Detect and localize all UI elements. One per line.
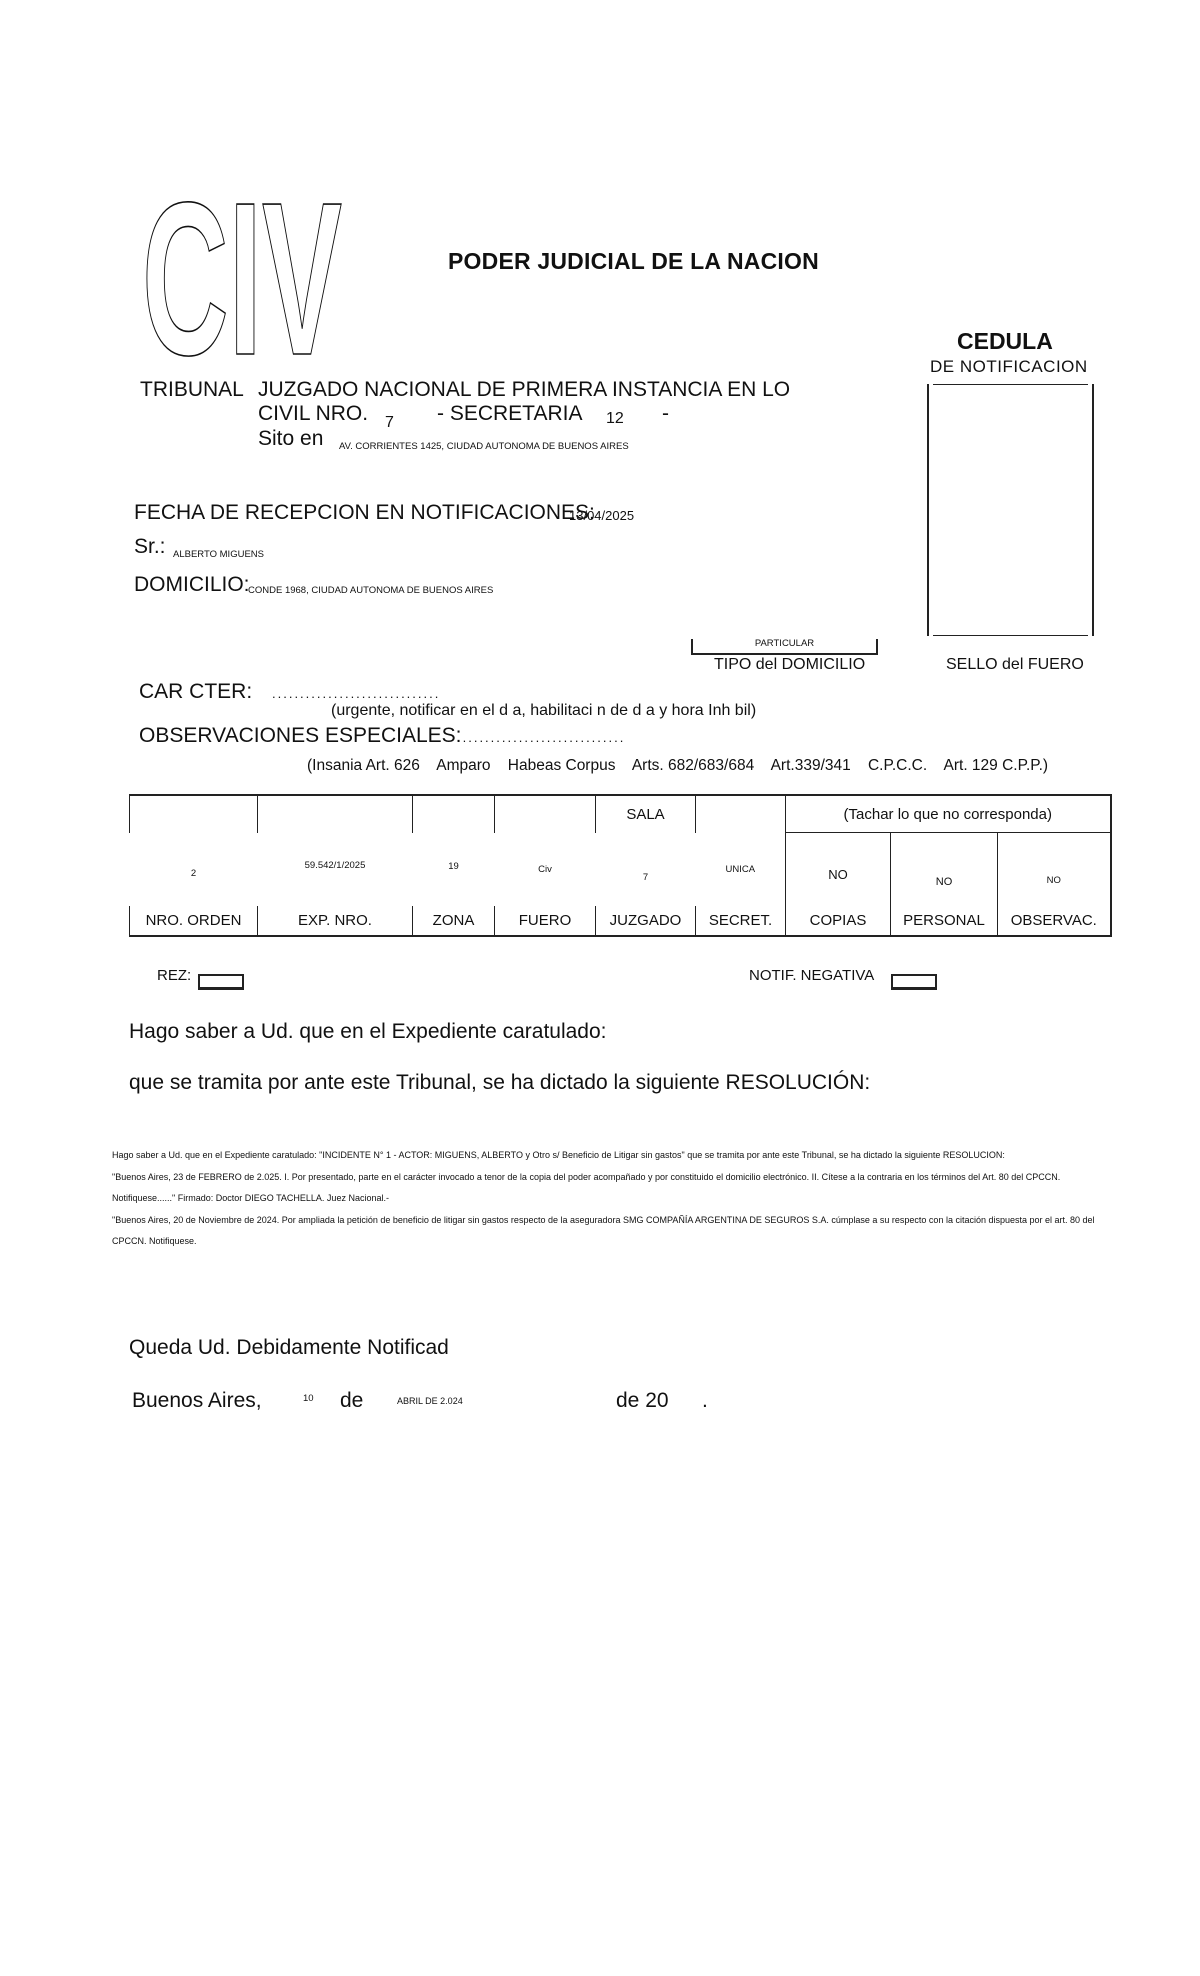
- footer-day: 10: [303, 1393, 314, 1404]
- domicilio-value: CONDE 1968, CIUDAD AUTONOMA DE BUENOS AI…: [248, 585, 493, 596]
- option-arts-682: Arts. 682/683/684: [632, 757, 754, 774]
- rez-label: REZ:: [157, 967, 191, 984]
- col-secret: SECRET.: [696, 906, 786, 936]
- value-fuero: Civ: [538, 864, 552, 875]
- tachar-label: (Tachar lo que no corresponda): [786, 795, 1111, 833]
- value-secret: UNICA: [725, 864, 755, 875]
- sito-label: Sito en: [258, 427, 323, 451]
- resolution-text: Hago saber a Ud. que en el Expediente ca…: [112, 1145, 1095, 1253]
- resolution-line: "Buenos Aires, 20 de Noviembre de 2024. …: [112, 1210, 1095, 1232]
- document-title: PODER JUDICIAL DE LA NACION: [448, 248, 819, 275]
- col-nro-orden: NRO. ORDEN: [130, 906, 258, 936]
- col-fuero: FUERO: [495, 906, 596, 936]
- civil-nro-value: 7: [385, 414, 394, 432]
- col-observac: OBSERVAC.: [998, 906, 1111, 936]
- fecha-label: FECHA DE RECEPCION EN NOTIFICACIONES:: [134, 501, 595, 525]
- value-exp-nro: 59.542/1/2025: [305, 860, 366, 871]
- rez-checkbox[interactable]: [198, 974, 244, 990]
- trailing-dash: -: [662, 402, 669, 426]
- footer-de-20: de 20: [616, 1389, 669, 1413]
- observaciones-options: (Insania Art. 626 Amparo Habeas Corpus A…: [307, 757, 1048, 775]
- col-personal: PERSONAL: [891, 906, 998, 936]
- option-art-339: Art.339/341: [771, 757, 851, 774]
- col-exp-nro: EXP. NRO.: [258, 906, 413, 936]
- caracter-label: CAR CTER:: [139, 680, 252, 704]
- footer-period: .: [702, 1389, 708, 1413]
- notif-negativa-checkbox[interactable]: [891, 974, 937, 990]
- resolution-line: CPCCN. Notifiquese.: [112, 1231, 1095, 1253]
- resolution-line: "Buenos Aires, 23 de FEBRERO de 2.025. I…: [112, 1167, 1095, 1189]
- sr-label: Sr.:: [134, 535, 166, 559]
- caracter-hint: (urgente, notificar en el d a, habilitac…: [331, 702, 756, 720]
- value-copias: NO: [828, 867, 848, 882]
- sito-value: AV. CORRIENTES 1425, CIUDAD AUTONOMA DE …: [339, 441, 629, 452]
- value-nro-orden: 2: [191, 868, 196, 879]
- col-zona: ZONA: [413, 906, 495, 936]
- body-line1: Hago saber a Ud. que en el Expediente ca…: [129, 1020, 607, 1044]
- observaciones-dots: ..............................: [457, 730, 625, 745]
- col-juzgado: JUZGADO: [596, 906, 696, 936]
- body-line2: que se tramita por ante este Tribunal, s…: [129, 1071, 870, 1095]
- cedula-title: CEDULA: [957, 328, 1053, 355]
- footer-month: ABRIL DE 2.024: [397, 1396, 463, 1406]
- tribunal-line1: JUZGADO NACIONAL DE PRIMERA INSTANCIA EN…: [258, 378, 790, 402]
- table-row-values: 2 59.542/1/2025 19 Civ 7 UNICA NO NO NO: [130, 833, 1111, 907]
- secretaria-value: 12: [606, 410, 624, 428]
- cedula-subtitle: DE NOTIFICACION: [930, 357, 1088, 377]
- option-amparo: Amparo: [436, 757, 490, 774]
- svg-text:CIV: CIV: [142, 158, 342, 360]
- table-row-top: SALA (Tachar lo que no corresponda): [130, 795, 1111, 833]
- tipo-domicilio-label: TIPO del DOMICILIO: [714, 656, 865, 674]
- resolution-line: Hago saber a Ud. que en el Expediente ca…: [112, 1145, 1095, 1167]
- queda-notificado: Queda Ud. Debidamente Notificad: [129, 1336, 449, 1360]
- option-habeas-corpus: Habeas Corpus: [508, 757, 616, 774]
- secretaria-label: - SECRETARIA: [437, 402, 582, 426]
- option-cpcc: C.P.C.C.: [868, 757, 927, 774]
- fecha-value: 13/04/2025: [569, 508, 634, 523]
- notif-negativa-label: NOTIF. NEGATIVA: [749, 967, 874, 984]
- sr-value: ALBERTO MIGUENS: [173, 549, 264, 560]
- footer-de: de: [340, 1389, 363, 1413]
- sello-label: SELLO del FUERO: [946, 656, 1084, 674]
- value-observac: NO: [1047, 875, 1061, 886]
- tipo-domicilio-value: PARTICULAR: [691, 638, 878, 649]
- observaciones-label: OBSERVACIONES ESPECIALES:: [139, 724, 462, 748]
- domicilio-label: DOMICILIO:: [134, 573, 250, 597]
- option-insania: (Insania Art. 626: [307, 757, 420, 774]
- value-personal: NO: [936, 876, 953, 888]
- tribunal-label: TRIBUNAL: [140, 378, 244, 402]
- sala-label: SALA: [596, 795, 696, 833]
- value-zona: 19: [448, 861, 459, 872]
- notification-data-table: SALA (Tachar lo que no corresponda) 2 59…: [129, 794, 1112, 937]
- col-copias: COPIAS: [786, 906, 891, 936]
- civil-nro-label: CIVIL NRO.: [258, 402, 368, 426]
- caracter-dots: ..............................: [272, 686, 440, 701]
- resolution-line: Notifiquese......" Firmado: Doctor DIEGO…: [112, 1188, 1095, 1210]
- sello-stamp-box: [927, 384, 1094, 636]
- table-row-labels: NRO. ORDEN EXP. NRO. ZONA FUERO JUZGADO …: [130, 906, 1111, 936]
- option-art-129: Art. 129 C.P.P.): [944, 757, 1049, 774]
- value-juzgado: 7: [643, 872, 648, 883]
- civ-logo: CIV: [140, 158, 345, 360]
- footer-city: Buenos Aires,: [132, 1389, 262, 1413]
